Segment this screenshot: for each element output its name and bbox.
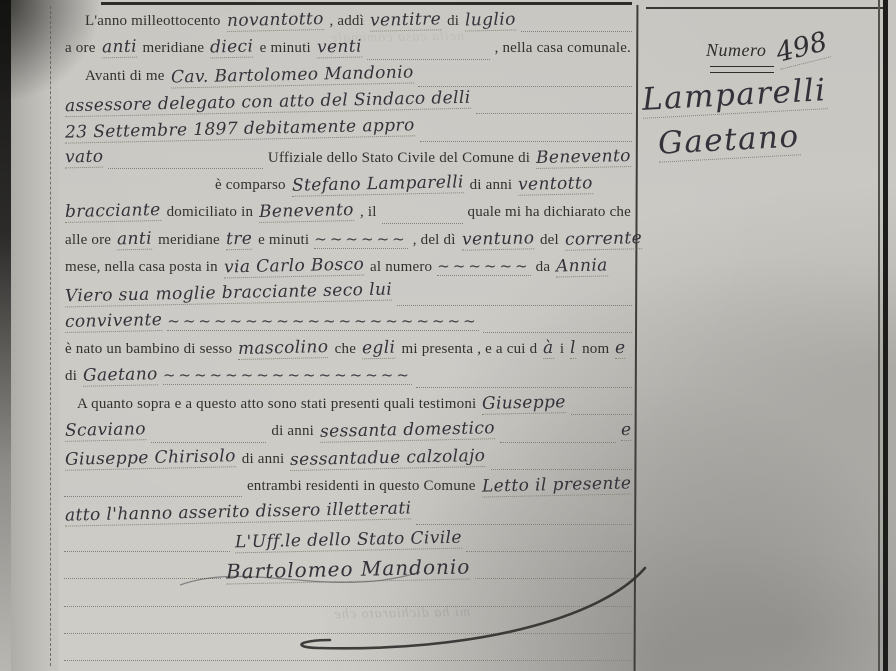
dotted-leader [491, 467, 632, 470]
handwritten-text: anti [101, 37, 136, 59]
handwritten-text: assessore delegato con atto del Sindaco … [65, 88, 471, 117]
handwritten-text: Giuseppe Chirisolo [65, 446, 236, 471]
printed-text: domiciliato in [167, 204, 254, 221]
dotted-leader [108, 166, 263, 169]
handwritten-text: Benevento [536, 146, 631, 169]
act-line: alle oreantimeridianetree minuti~~~~~~, … [62, 229, 634, 256]
handwritten-text: corrente [565, 228, 643, 251]
handwritten-text: egli [362, 338, 396, 360]
dotted-leader [476, 111, 632, 114]
printed-text: di [65, 368, 77, 385]
handwritten-text: luglio [465, 9, 516, 31]
printed-text: di anni [470, 177, 513, 194]
printed-text: , del dì [413, 232, 456, 249]
act-line: A quanto sopra e a questo atto sono stat… [62, 393, 634, 420]
dotted-leader [64, 631, 632, 634]
printed-text: meridiane [143, 40, 205, 57]
dotted-leader [64, 576, 221, 579]
dotted-leader [475, 576, 632, 579]
dotted-leader [64, 549, 230, 552]
printed-text: e minuti [260, 40, 311, 57]
act-line: mese, nella casa posta invia Carlo Bosco… [62, 256, 634, 283]
handwritten-text: e [615, 338, 626, 359]
numero-row: Numero 498 [644, 32, 876, 64]
dotted-leader [382, 221, 463, 224]
handwritten-text: Annia [556, 256, 608, 278]
printed-text: , addì [329, 13, 364, 30]
handwritten-text: sessantadue calzolajo [290, 445, 486, 470]
handwritten-text: dieci [210, 37, 254, 59]
handwritten-text: Scaviano [65, 419, 146, 442]
act-line: Giuseppe Chirisolodi annisessantadue cal… [62, 448, 634, 475]
printed-text: e minuti [258, 232, 309, 249]
dotted-leader [483, 330, 632, 333]
act-line: convivente~~~~~~~~~~~~~~~~~~~~ [62, 311, 634, 338]
handwritten-text: Letto il presente [481, 473, 631, 497]
printed-text: di [447, 13, 459, 30]
numero-label: Numero [706, 40, 766, 61]
handwritten-text: tre [226, 228, 253, 250]
act-line: è comparsoStefano Lamparellidi annivento… [62, 174, 634, 201]
text-block-left-border [50, 6, 51, 666]
act-line: è nato un bambino di sessomascolinocheeg… [62, 338, 634, 365]
handwritten-text: l [570, 338, 576, 359]
dotted-leader [571, 412, 632, 415]
ditto-squiggle: ~~~~~~ [437, 257, 530, 276]
printed-text: al numero [370, 259, 432, 276]
act-line [62, 639, 634, 666]
handwritten-text: vato [65, 146, 104, 168]
handwritten-text: L'Uff.le dello Stato Civile [234, 527, 461, 553]
handwritten-text: ventotto [518, 173, 593, 196]
dotted-leader [420, 139, 632, 142]
dotted-leader [151, 440, 267, 443]
margin-name-firstname: Gaetano [657, 118, 800, 162]
handwritten-text: mascolino [238, 337, 329, 360]
printed-text: entrambi residenti in questo Comune [247, 478, 476, 495]
act-line: entrambi residenti in questo ComuneLetto… [62, 475, 634, 502]
printed-text: mese, nella casa posta in [65, 259, 218, 276]
act-body: L'anno milleottocentonovantotto, addìven… [62, 10, 634, 666]
act-line: Avanti di meCav. Bartolomeo Mandonio [62, 65, 634, 92]
printed-text: è nato un bambino di sesso [65, 341, 232, 358]
ditto-squiggle: ~~~~~~~~~~~~~~~~~~~~ [167, 312, 478, 331]
handwritten-text: ventitre [370, 9, 442, 31]
printed-text: i [560, 341, 564, 358]
act-line: 23 Settembre 1897 debitamente appro [62, 119, 634, 146]
dotted-leader [418, 84, 632, 87]
dotted-leader [521, 29, 632, 32]
numero-underline [710, 66, 774, 73]
top-rule-left [101, 2, 632, 5]
act-line: Viero sua moglie bracciante seco lui [62, 283, 634, 310]
column-divider [634, 5, 639, 671]
printed-text: da [536, 259, 551, 276]
printed-text: che [335, 341, 356, 358]
printed-text: , il [360, 204, 377, 221]
handwritten-text: Viero sua moglie bracciante seco lui [65, 280, 393, 308]
dotted-leader [64, 658, 632, 661]
page-edge-right-thin [878, 0, 880, 671]
dotted-leader [397, 303, 632, 306]
handwritten-text: sessanta domestico [320, 418, 495, 443]
dotted-leader [416, 522, 632, 525]
margin-column: Numero 498 Lamparelli Gaetano [644, 20, 876, 159]
printed-text: Uffiziale dello Stato Civile del Comune … [268, 150, 530, 167]
handwritten-text: Stefano Lamparelli [292, 172, 464, 197]
handwritten-text: ventuno [461, 228, 534, 251]
dotted-leader [500, 440, 616, 443]
printed-text: , nella casa comunale. [495, 40, 631, 57]
printed-text: di anni [242, 451, 285, 468]
printed-text: a ore [65, 40, 96, 57]
printed-text: Avanti di me [85, 68, 165, 85]
handwritten-text: bracciante [65, 200, 161, 223]
margin-name-surname: Lamparelli [641, 72, 827, 119]
dotted-leader [466, 549, 632, 552]
handwritten-text: via Carlo Bosco [224, 255, 365, 279]
printed-text: alle ore [65, 232, 111, 249]
handwritten-text: anti [117, 228, 152, 250]
handwritten-text: novantotto [226, 9, 323, 32]
handwritten-text: à [543, 338, 554, 359]
handwritten-text: Gaetano [83, 365, 158, 388]
dotted-leader [64, 494, 242, 497]
dotted-leader [367, 57, 490, 60]
handwritten-text: convivente [65, 310, 163, 333]
numero-value: 498 [773, 26, 831, 70]
ditto-squiggle: ~~~~~~ [314, 230, 407, 249]
printed-text: quale mi ha dichiarato che [468, 204, 631, 221]
handwritten-text: atto l'hanno asserito dissero illetterat… [65, 499, 412, 527]
handwritten-text: e [620, 420, 631, 441]
document-page: L'anno milleottocentonovantotto, addìven… [0, 0, 896, 671]
act-line: diGaetano~~~~~~~~~~~~~~~~ [62, 365, 634, 392]
act-line: Bartolomeo Mandonio [62, 557, 634, 584]
act-line: assessore delegato con atto del Sindaco … [62, 92, 634, 119]
printed-text: è comparso [215, 177, 286, 194]
act-line: Scavianodi annisessanta domesticoe [62, 420, 634, 447]
printed-text: del [540, 232, 559, 249]
act-line: L'Uff.le dello Stato Civile [62, 530, 634, 557]
printed-text: di anni [271, 423, 314, 440]
handwritten-text: Bartolomeo Mandonio [226, 554, 471, 584]
act-line: bracciantedomiciliato inBenevento, ilqua… [62, 201, 634, 228]
act-line: atto l'hanno asserito dissero illetterat… [62, 502, 634, 529]
printed-text: mi presenta , e a cui d [402, 341, 538, 358]
printed-text: meridiane [158, 232, 220, 249]
printed-text: A quanto sopra e a questo atto sono stat… [77, 396, 476, 413]
handwritten-text: Benevento [259, 200, 354, 223]
bleed-through-text: nella casa comunale [330, 29, 464, 47]
ditto-squiggle: ~~~~~~~~~~~~~~~~ [163, 366, 412, 385]
top-rule-right [646, 7, 886, 9]
printed-text: L'anno milleottocento [85, 13, 221, 30]
act-line: vatoUffiziale dello Stato Civile del Com… [62, 147, 634, 174]
handwritten-text: Cav. Bartolomeo Mandonio [170, 62, 413, 88]
handwritten-text: 23 Settembre 1897 debitamente appro [65, 116, 415, 144]
dotted-leader [416, 385, 632, 388]
handwritten-text: Giuseppe [482, 392, 566, 415]
printed-text: nom [582, 341, 609, 358]
page-edge-right-heavy [883, 0, 888, 671]
